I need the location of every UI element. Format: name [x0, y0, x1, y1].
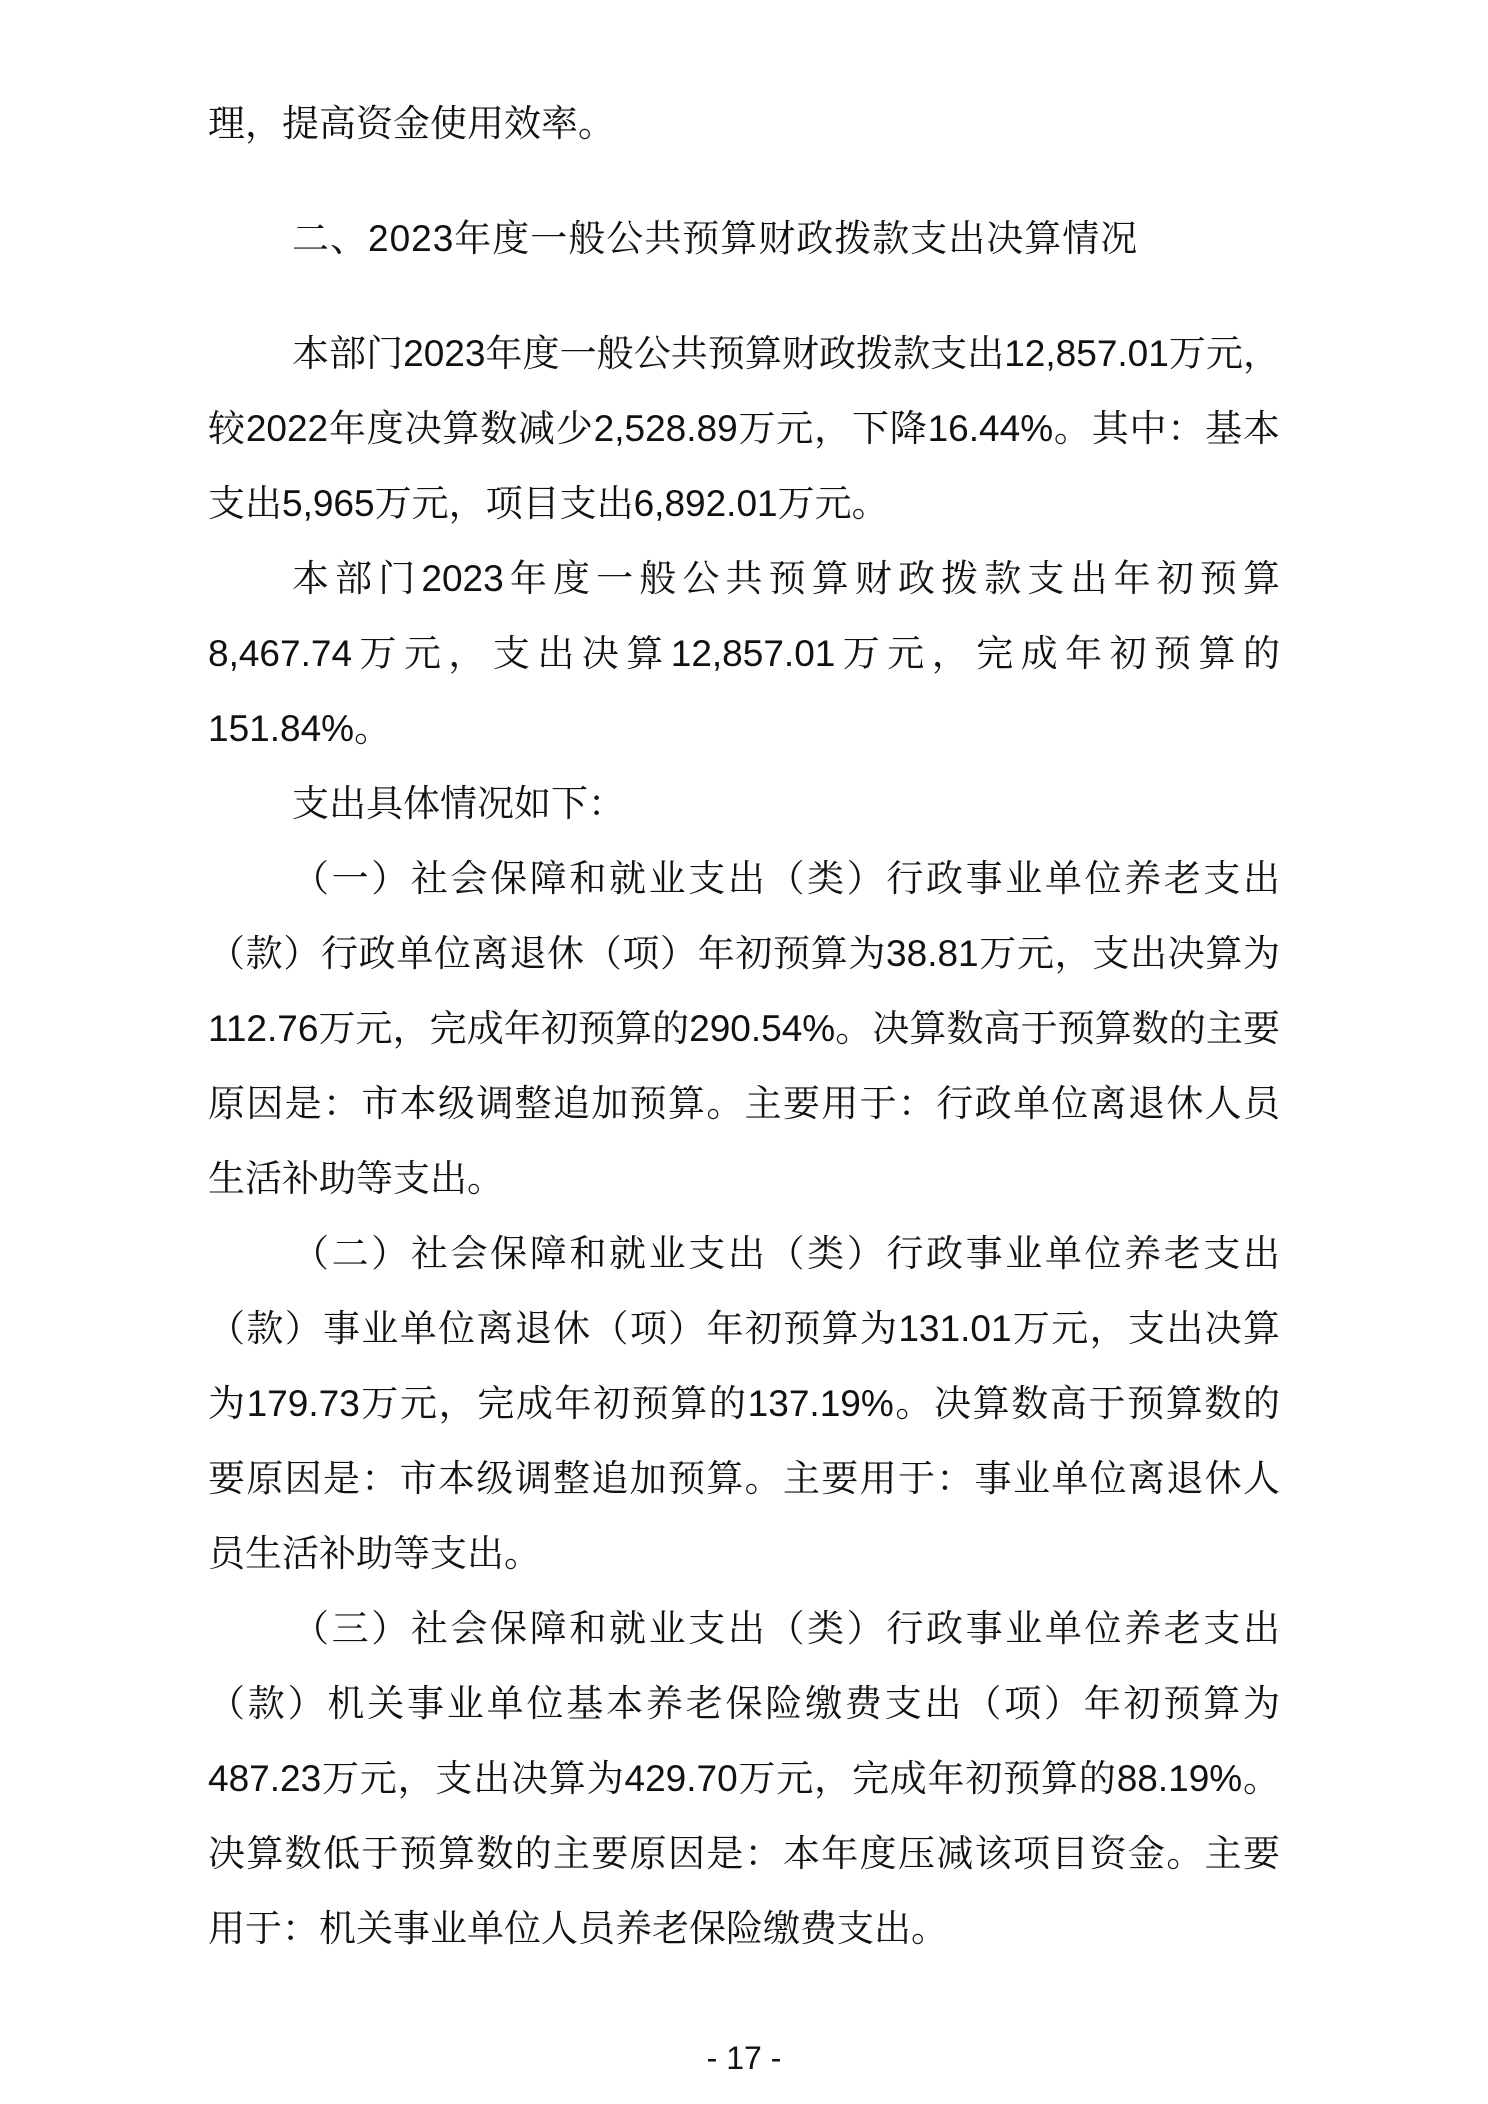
text-line: （三）社会保障和就业支出（类）行政事业单位养老支出	[208, 1591, 1280, 1666]
text-line: 理，提高资金使用效率。	[208, 86, 1280, 161]
text-line: （款）事业单位离退休（项）年初预算为131.01万元，支出决算	[208, 1291, 1280, 1366]
text-line: 本部门2023年度一般公共预算财政拨款支出12,857.01万元，	[208, 316, 1280, 391]
document-page: 理，提高资金使用效率。 二、2023年度一般公共预算财政拨款支出决算情况 本部门…	[0, 0, 1488, 2104]
text-line: （二）社会保障和就业支出（类）行政事业单位养老支出	[208, 1216, 1280, 1291]
text-line: 487.23万元，支出决算为429.70万元，完成年初预算的88.19%。	[208, 1741, 1280, 1816]
text-line: （款）机关事业单位基本养老保险缴费支出（项）年初预算为	[208, 1666, 1280, 1741]
text-line: 要原因是：市本级调整追加预算。主要用于：事业单位离退休人	[208, 1441, 1280, 1516]
text-line: 支出具体情况如下：	[208, 766, 1280, 841]
text-line: 用于：机关事业单位人员养老保险缴费支出。	[208, 1891, 1280, 1966]
text-line: 为179.73万元，完成年初预算的137.19%。决算数高于预算数的主	[208, 1366, 1280, 1441]
text-line: 本部门2023年度一般公共预算财政拨款支出年初预算	[208, 541, 1280, 616]
text-line: 决算数低于预算数的主要原因是：本年度压减该项目资金。主要	[208, 1816, 1280, 1891]
text-line: 生活补助等支出。	[208, 1141, 1280, 1216]
text-line: 支出5,965万元，项目支出6,892.01万元。	[208, 466, 1280, 541]
page-number: - 17 -	[0, 2038, 1488, 2078]
section-heading: 二、2023年度一般公共预算财政拨款支出决算情况	[208, 201, 1280, 276]
text-line: 原因是：市本级调整追加预算。主要用于：行政单位离退休人员	[208, 1066, 1280, 1141]
text-line: 员生活补助等支出。	[208, 1516, 1280, 1591]
text-line: 8,467.74万元，支出决算12,857.01万元，完成年初预算的	[208, 616, 1280, 691]
text-line: （一）社会保障和就业支出（类）行政事业单位养老支出	[208, 841, 1280, 916]
text-line: 112.76万元，完成年初预算的290.54%。决算数高于预算数的主要	[208, 991, 1280, 1066]
text-line: （款）行政单位离退休（项）年初预算为38.81万元，支出决算为	[208, 916, 1280, 991]
document-body: 理，提高资金使用效率。 二、2023年度一般公共预算财政拨款支出决算情况 本部门…	[208, 0, 1280, 1966]
text-line: 较2022年度决算数减少2,528.89万元，下降16.44%。其中：基本	[208, 391, 1280, 466]
text-line: 151.84%。	[208, 691, 1280, 766]
